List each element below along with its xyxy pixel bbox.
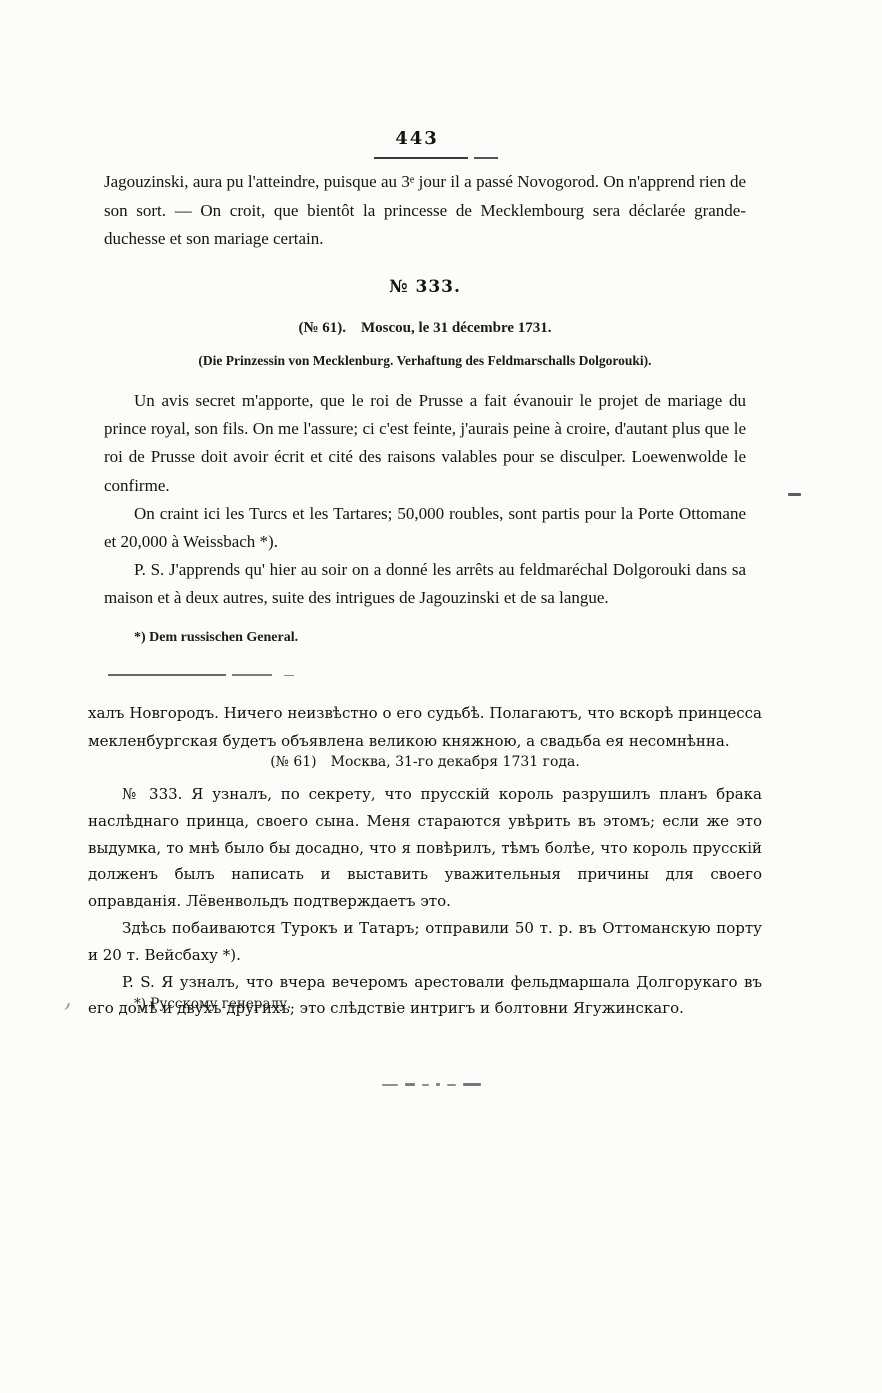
russian-paragraph: № 333. Я узналъ, по секрету, что прусскі… bbox=[88, 781, 762, 915]
french-paragraph: P. S. J'apprends qu' hier au soir on a d… bbox=[104, 556, 746, 612]
russian-dateline: (№ 61) Москва, 31-го декабря 1731 года. bbox=[88, 754, 762, 770]
russian-body: № 333. Я узналъ, по секрету, что прусскі… bbox=[88, 781, 762, 1022]
section-divider bbox=[108, 674, 226, 676]
german-subject-line: (Die Prinzessin von Mecklenburg. Verhaft… bbox=[104, 353, 746, 369]
section-divider-segment bbox=[232, 674, 272, 676]
end-ornament-dashes bbox=[382, 1083, 492, 1086]
russian-continuation-paragraph: халъ Новгородъ. Ничего неизвѣстно о его … bbox=[88, 700, 762, 755]
french-continuation-paragraph: Jagouzinski, aura pu l'atteindre, puisqu… bbox=[104, 168, 746, 254]
entry-number-heading: № 333. bbox=[104, 277, 746, 297]
french-footnote: *) Dem russischen General. bbox=[134, 630, 298, 646]
page-number-rule bbox=[374, 157, 468, 159]
french-dateline: (№ 61). Moscou, le 31 décembre 1731. bbox=[104, 320, 746, 337]
russian-paragraph: Здѣсь побаиваются Турокъ и Татаръ; отпра… bbox=[88, 915, 762, 969]
french-paragraph: On craint ici les Turcs et les Tartares;… bbox=[104, 500, 746, 556]
page-number: 443 bbox=[395, 128, 439, 149]
french-paragraph: Un avis secret m'apporte, que le roi de … bbox=[104, 387, 746, 500]
french-body: Un avis secret m'apporte, que le roi de … bbox=[104, 387, 746, 613]
russian-footnote: *) Русскому генералу. bbox=[134, 996, 291, 1012]
page-number-rule-segment bbox=[474, 157, 498, 159]
section-divider-tick bbox=[284, 675, 294, 676]
page-header: 443 bbox=[0, 128, 882, 149]
margin-mark-right bbox=[788, 493, 801, 496]
margin-mark-left bbox=[61, 1001, 70, 1011]
